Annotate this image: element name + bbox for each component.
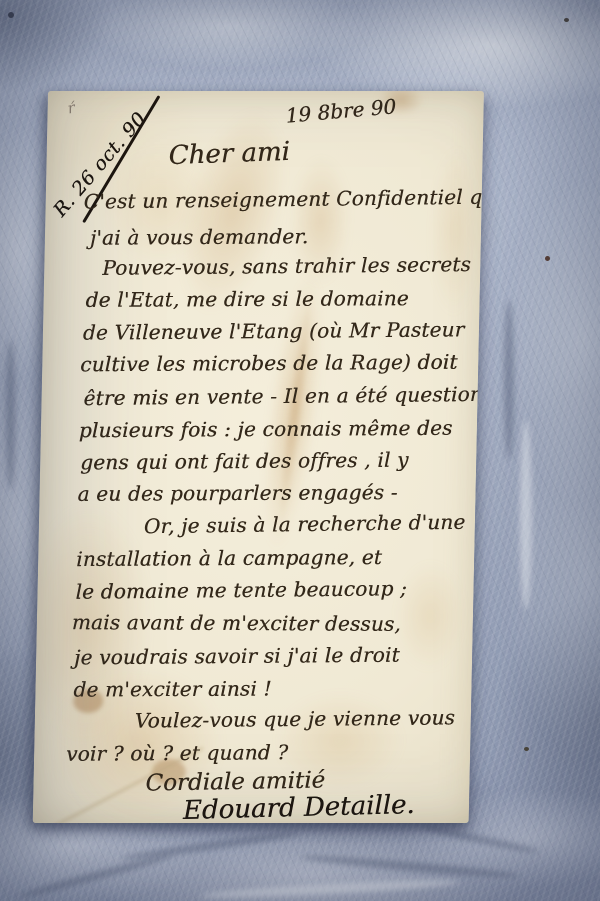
- letter-line: de l'Etat, me dire si le domaine: [85, 286, 409, 312]
- letter-date: 19 8bre 90: [285, 94, 397, 128]
- letter-line: de m'exciter ainsi !: [73, 676, 272, 701]
- letter-line: cultive les microbes de la Rage) doit: [80, 350, 458, 377]
- tissue-wrinkle: [6, 340, 15, 490]
- letter-line: j'ai à vous demander.: [90, 224, 309, 250]
- paper-stain: [428, 146, 482, 316]
- letter-line: le domaine me tente beaucoup ;: [75, 576, 407, 603]
- letter-line: gens qui ont fait des offres , il y: [80, 448, 409, 475]
- letter-line: Or, je suis à la recherche d'une: [144, 510, 466, 538]
- signature: Edouard Detaille.: [183, 790, 415, 823]
- background-speck: [545, 256, 550, 261]
- letter-line: Pouvez-vous, sans trahir les secrets: [102, 252, 471, 280]
- letter-line: a eu des pourparlers engagés -: [77, 480, 397, 506]
- letter-line: plusieurs fois : je connais même des: [79, 416, 453, 443]
- letter-line: je voudrais savoir si j'ai le droit: [74, 643, 400, 670]
- background-speck: [564, 18, 569, 22]
- letter-line: voir ? où ? et quand ?: [66, 740, 288, 766]
- salutation: Cher ami: [168, 137, 290, 171]
- letter-line: installation à la campagne, et: [76, 545, 382, 571]
- letter-line: de Villeneuve l'Etang (où Mr Pasteur: [83, 317, 465, 344]
- letter-line: Voulez-vous que je vienne vous: [135, 705, 455, 732]
- photo-of-handwritten-letter: ŕ R. 26 oct. 90 19 8bre 90 Cher ami C'es…: [0, 0, 600, 901]
- tissue-wrinkle: [520, 420, 532, 610]
- pencil-mark: ŕ: [66, 98, 76, 117]
- letter-line: mais avant de m'exciter dessus,: [72, 610, 402, 636]
- letter-paper: ŕ R. 26 oct. 90 19 8bre 90 Cher ami C'es…: [33, 91, 484, 823]
- background-speck: [524, 747, 529, 751]
- letter-line: être mis en vente - Il en a été question: [83, 382, 483, 410]
- letter-line: C'est un renseignement Confidentiel que: [84, 184, 484, 213]
- tissue-wrinkle: [504, 300, 514, 460]
- background-speck: [8, 12, 14, 18]
